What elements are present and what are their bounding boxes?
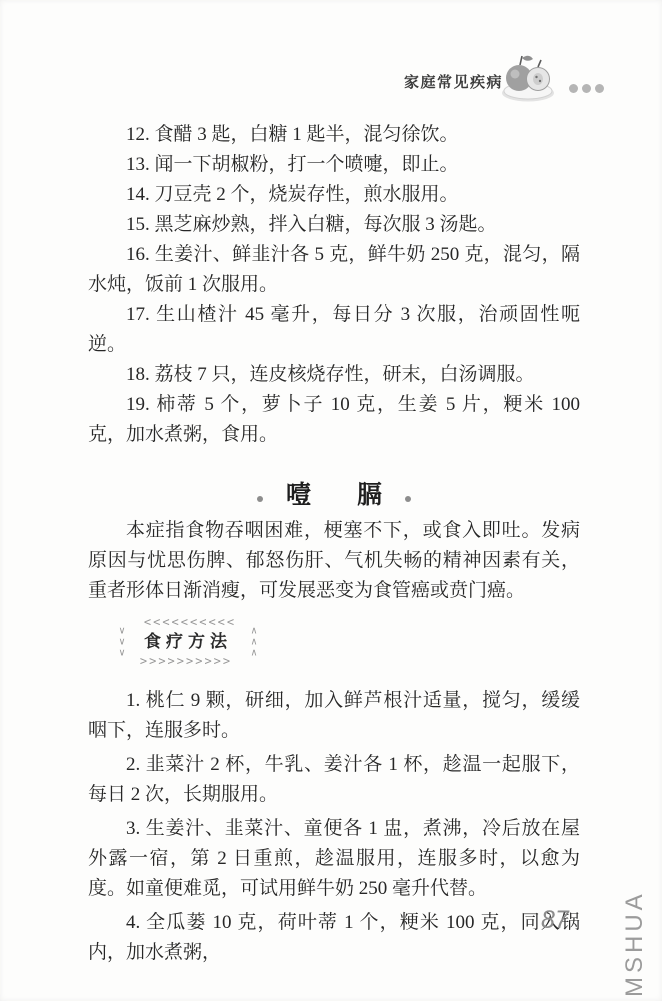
remedy-item-19: 19. 柿蒂 5 个，萝卜子 10 克，生姜 5 片，粳米 100 克，加水煮粥… xyxy=(88,390,580,450)
method-badge-label: 食疗方法 xyxy=(144,632,232,651)
therapy-item-2: 2. 韭菜汁 2 杯，牛乳、姜汁各 1 杯，趁温一起服下，每日 2 次，长期服用… xyxy=(88,750,580,810)
book-page: 家庭常见疾病 12. 食醋 3 匙，白糖 1 匙半，混匀徐饮。 13. 闻一下胡… xyxy=(0,0,662,1001)
dot-icon xyxy=(595,84,604,93)
remedy-item-18: 18. 荔枝 7 只，连皮核烧存性，研末，白汤调服。 xyxy=(88,360,580,390)
remedy-item-12: 12. 食醋 3 匙，白糖 1 匙半，混匀徐饮。 xyxy=(88,120,580,150)
section-title-char: 噎 xyxy=(286,482,311,509)
dot-icon xyxy=(582,84,591,93)
page-number: 87 xyxy=(541,906,569,935)
section-title: 噎膈 xyxy=(88,476,580,516)
diet-therapy-list: 1. 桃仁 9 颗，研细，加入鲜芦根汁适量，搅匀，缓缓咽下，连服多时。 2. 韭… xyxy=(88,686,580,968)
apples-plate-graphic xyxy=(500,52,556,102)
remedy-item-16: 16. 生姜汁、鲜韭汁各 5 克，鲜牛奶 250 克，混匀，隔水炖，饭前 1 次… xyxy=(88,240,580,300)
chevron-border-right-icon: ∧ ∧ ∧ xyxy=(251,625,257,658)
title-dot-left-icon xyxy=(257,496,263,502)
page-content: 12. 食醋 3 匙，白糖 1 匙半，混匀徐饮。 13. 闻一下胡椒粉，打一个喷… xyxy=(88,120,580,968)
remedy-item-13: 13. 闻一下胡椒粉，打一个喷嚏，即止。 xyxy=(88,150,580,180)
chevron-border-bottom-icon: >>>>>>>>>> xyxy=(128,655,244,667)
therapy-item-4: 4. 全瓜蒌 10 克，荷叶蒂 1 个，粳米 100 克，同入锅内，加水煮粥， xyxy=(88,908,580,968)
section-intro-paragraph: 本症指食物吞咽困难，梗塞不下，或食入即吐。发病原因与忧思伤脾、郁怒伤肝、气机失畅… xyxy=(88,516,580,606)
method-badge-row: <<<<<<<<<< ∨ ∨ ∨ 食疗方法 ∧ ∧ ∧ >>>>>>>>>> xyxy=(126,622,580,674)
header-dots xyxy=(569,84,604,93)
edge-watermark: MSHUA xyxy=(621,890,649,997)
section-title-char: 膈 xyxy=(357,482,382,509)
chevron-border-left-icon: ∨ ∨ ∨ xyxy=(119,625,125,658)
title-dot-right-icon xyxy=(405,496,411,502)
dot-icon xyxy=(569,84,578,93)
therapy-item-1: 1. 桃仁 9 颗，研细，加入鲜芦根汁适量，搅匀，缓缓咽下，连服多时。 xyxy=(88,686,580,746)
remedy-item-15: 15. 黑芝麻炒熟，拌入白糖，每次服 3 汤匙。 xyxy=(88,210,580,240)
method-badge: <<<<<<<<<< ∨ ∨ ∨ 食疗方法 ∧ ∧ ∧ >>>>>>>>>> xyxy=(126,622,250,661)
remedy-item-17: 17. 生山楂汁 45 毫升，每日分 3 次服，治顽固性呃逆。 xyxy=(88,300,580,360)
chevron-border-top-icon: <<<<<<<<<< xyxy=(132,616,248,628)
book-title: 家庭常见疾病 xyxy=(404,71,503,92)
remedy-item-14: 14. 刀豆壳 2 个，烧炭存性，煎水服用。 xyxy=(88,180,580,210)
apples-plate-photo-icon xyxy=(500,52,556,102)
therapy-item-3: 3. 生姜汁、韭菜汁、童便各 1 盅，煮沸，冷后放在屋外露一宿，第 2 日重煎，… xyxy=(88,814,580,904)
